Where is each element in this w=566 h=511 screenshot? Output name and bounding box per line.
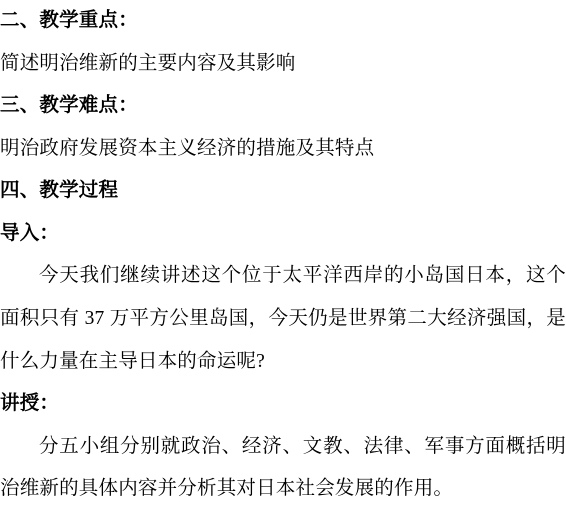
paragraph-lecture: 分五小组分别就政治、经济、文教、法律、军事方面概括明治维新的具体内容并分析其对日… <box>0 426 566 511</box>
heading-lead-in: 导入： <box>0 213 566 256</box>
paragraph-lead-in: 今天我们继续讲述这个位于太平洋西岸的小岛国日本，这个面积只有 37 万平方公里岛… <box>0 255 566 383</box>
heading-teaching-process: 四、教学过程 <box>0 170 566 213</box>
heading-teaching-difficulties: 三、教学难点： <box>0 85 566 128</box>
paragraph-teaching-difficulties: 明治政府发展资本主义经济的措施及其特点 <box>0 128 566 171</box>
paragraph-teaching-key-points: 简述明治维新的主要内容及其影响 <box>0 43 566 86</box>
heading-teaching-key-points: 二、教学重点： <box>0 0 566 43</box>
heading-lecture: 讲授： <box>0 383 566 426</box>
lesson-plan-document: 二、教学重点： 简述明治维新的主要内容及其影响 三、教学难点： 明治政府发展资本… <box>0 0 566 511</box>
